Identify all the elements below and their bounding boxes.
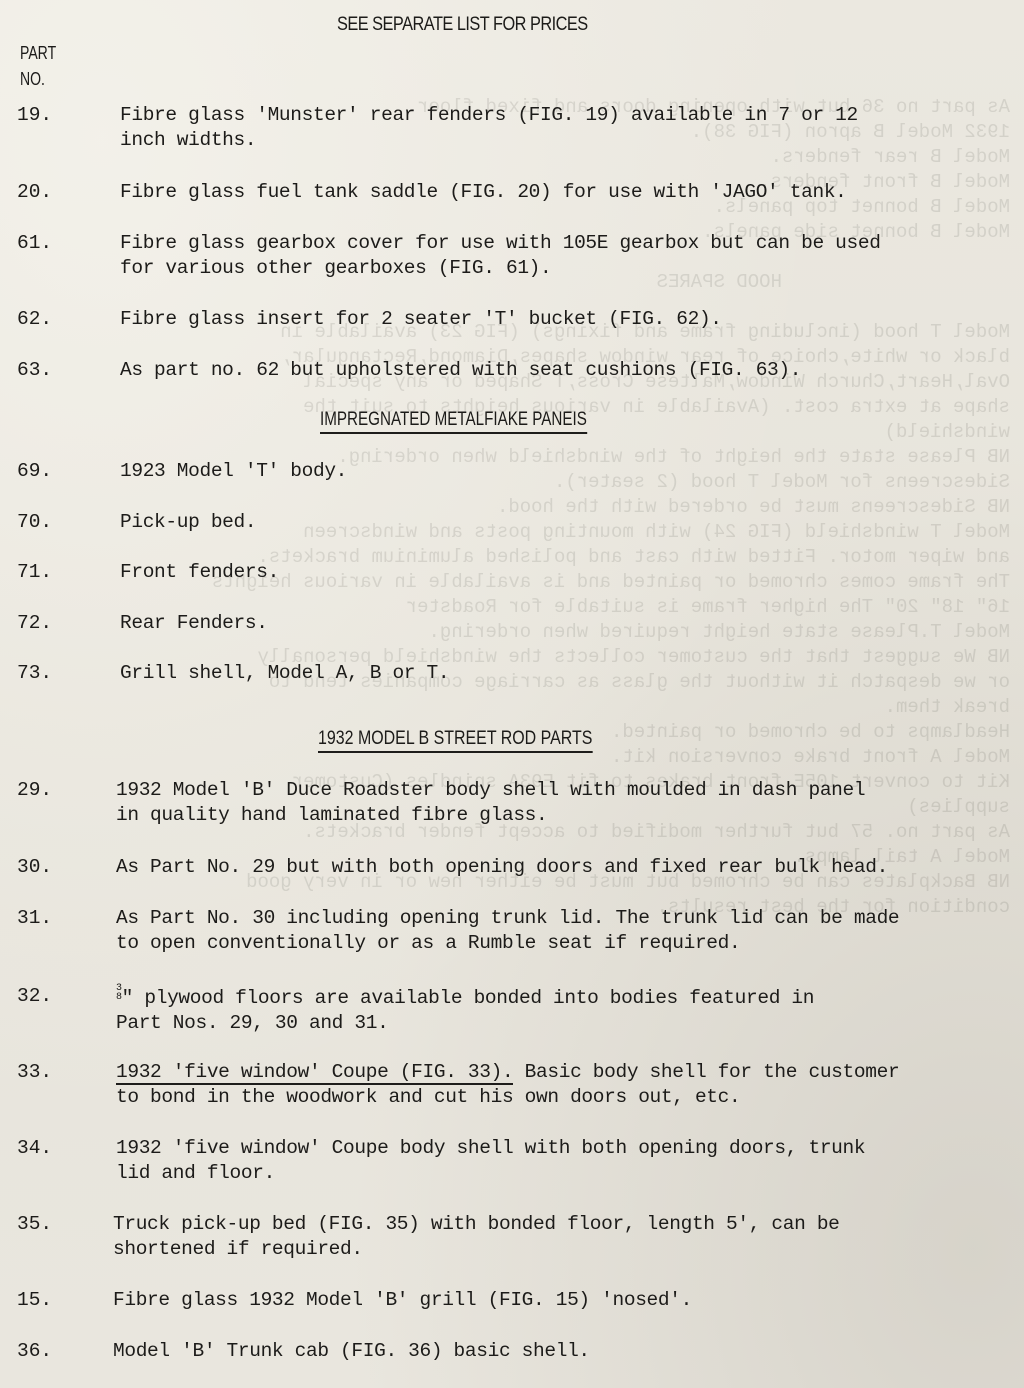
part-number: 61. [17, 231, 52, 256]
part-number: 71. [17, 560, 52, 585]
part-description: Fibre glass 1932 Model 'B' grill (FIG. 1… [113, 1288, 1013, 1313]
part-number: 15. [17, 1288, 52, 1313]
part-number: 30. [17, 855, 52, 880]
part-description: 1932 'five window' Coupe body shell with… [116, 1136, 1016, 1186]
section-title-metalflake-panels: IMPREGNATED METALFIAKE PANEIS [320, 409, 587, 434]
part-number: 31. [17, 906, 52, 931]
part-description: As Part No. 30 including opening trunk l… [116, 906, 1016, 956]
section-title-1932-model-b-street-rod-parts: 1932 MODEL B STREET ROD PARTS [318, 728, 592, 753]
part-description: Front fenders. [120, 560, 1020, 585]
part-number: 33. [17, 1060, 52, 1085]
part-heading-line-2: NO. [20, 66, 56, 92]
part-description: Fibre glass 'Munster' rear fenders (FIG.… [120, 103, 1020, 153]
part-description: As Part No. 29 but with both opening doo… [116, 855, 1016, 880]
part-heading-line-1: PART [20, 40, 56, 66]
part-number: 20. [17, 180, 52, 205]
fraction-item-text: " plywood floors are available bonded in… [116, 987, 814, 1034]
part-description: Grill shell, Model A, B or T. [120, 661, 1020, 686]
part-description: 1932 Model 'B' Duce Roadster body shell … [116, 778, 1016, 828]
part-number-column-heading: PART NO. [20, 40, 56, 92]
part-description: As part no. 62 but upholstered with seat… [120, 358, 1020, 383]
part-number: 36. [17, 1339, 52, 1364]
part-description: Truck pick-up bed (FIG. 35) with bonded … [113, 1212, 1013, 1262]
part-number: 69. [17, 459, 52, 484]
part-description: Fibre glass fuel tank saddle (FIG. 20) f… [120, 180, 1020, 205]
part-number: 19. [17, 103, 52, 128]
part-description: Model 'B' Trunk cab (FIG. 36) basic shel… [113, 1339, 1013, 1364]
part-number: 35. [17, 1212, 52, 1237]
prices-notice: SEE SEPARATE LIST FOR PRICES [337, 14, 588, 36]
part-description: Fibre glass gearbox cover for use with 1… [120, 231, 1020, 281]
part-number: 72. [17, 611, 52, 636]
part-description: Fibre glass insert for 2 seater 'T' buck… [120, 307, 1020, 332]
part-number: 29. [17, 778, 52, 803]
part-description: 1932 'five window' Coupe (FIG. 33). Basi… [116, 1060, 1016, 1110]
part-number: 32. [17, 984, 52, 1009]
part-description: Rear Fenders. [120, 611, 1020, 636]
part-number: 62. [17, 307, 52, 332]
part-number: 34. [17, 1136, 52, 1161]
part-description: 38" plywood floors are available bonded … [116, 984, 1016, 1036]
underlined-title: 1932 'five window' Coupe (FIG. 33). [116, 1061, 513, 1085]
part-number: 63. [17, 358, 52, 383]
part-number: 70. [17, 510, 52, 535]
part-description: Pick-up bed. [120, 510, 1020, 535]
part-description: 1923 Model 'T' body. [120, 459, 1020, 484]
part-number: 73. [17, 661, 52, 686]
